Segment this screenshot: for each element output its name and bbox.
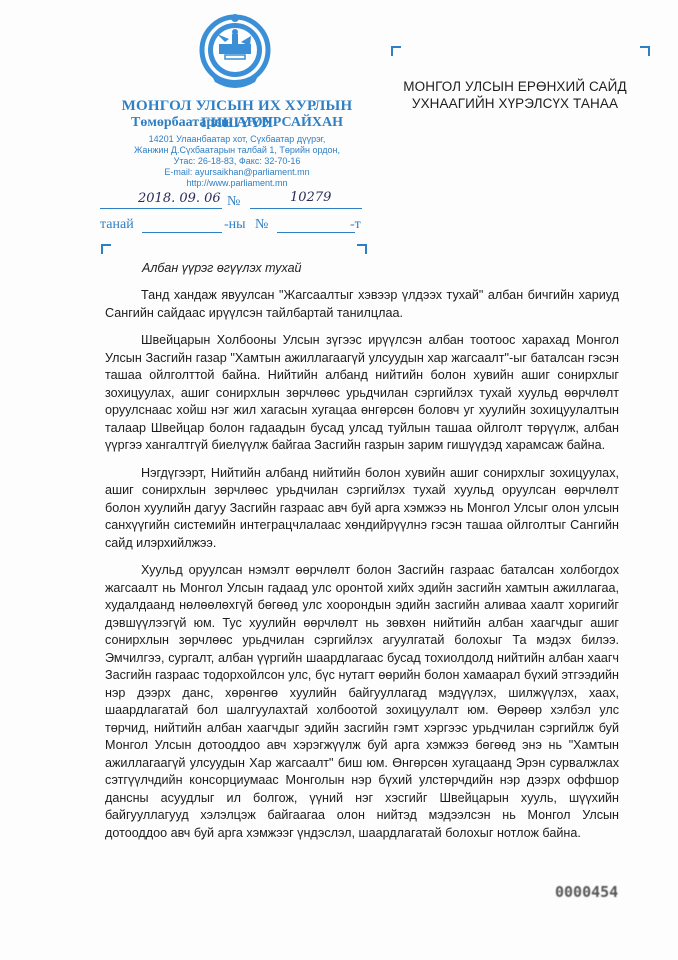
member-name: Төмөрбаатарын АЮУРСАЙХАН [92, 115, 382, 131]
reference-row: танай -ны № -т [100, 216, 362, 236]
contact-line-website[interactable]: http://www.parliament.mn [92, 178, 382, 189]
letter-page: МОНГОЛ УЛСЫН ИХ ХУРЛЫН ГИШҮҮН Төмөрбаата… [0, 0, 678, 960]
contact-line-street: Жанжин Д.Сүхбаатарын талбай 1, Төрийн ор… [92, 145, 382, 156]
body-paragraph: Швейцарын Холбооны Улсын зүгээс ирүүлсэн… [105, 332, 619, 455]
reference-date-line [142, 216, 222, 233]
addressee-corner-right [640, 46, 650, 56]
letter-body: Танд хандаж явуулсан "Жагсаалтыг хэвээр … [105, 287, 619, 852]
date-number-row: 2018. 09. 06 № 10279 [100, 192, 362, 212]
addressee-line-2: УХНААГИЙН ХҮРЭЛСҮХ ТАНАА [400, 95, 630, 112]
reference-number-line [277, 216, 355, 233]
subject-corner-right [357, 244, 367, 254]
serial-number-stamp: 0000454 [555, 883, 618, 901]
subject-corner-left [101, 244, 111, 254]
your-number-label: № [255, 217, 268, 233]
addressee: МОНГОЛ УЛСЫН ЕРӨНХИЙ САЙД УХНААГИЙН ХҮРЭ… [400, 78, 630, 112]
body-paragraph: Нэгдүгээрт, Нийтийн албанд нийтийн болон… [105, 465, 619, 553]
body-paragraph: Танд хандаж явуулсан "Жагсаалтыг хэвээр … [105, 287, 619, 322]
state-emblem-icon [195, 12, 275, 96]
addressee-corner-left [391, 46, 401, 56]
addressee-line-1: МОНГОЛ УЛСЫН ЕРӨНХИЙ САЙД [400, 78, 630, 95]
ny-label: -ны [224, 217, 246, 233]
contact-line-address: 14201 Улаанбаатар хот, Сүхбаатар дүүрэг, [92, 134, 382, 145]
your-label: танай [100, 217, 134, 233]
number-label: № [227, 194, 240, 210]
date-handwritten: 2018. 09. 06 [138, 191, 221, 206]
number-handwritten: 10279 [290, 190, 331, 205]
contact-line-email[interactable]: E-mail: ayursaikhan@parliament.mn [92, 167, 382, 178]
body-paragraph: Хуульд оруулсан нэмэлт өөрчлөлт болон За… [105, 562, 619, 842]
subject-line: Албан үүрэг өгүүлэх тухай [142, 261, 301, 275]
contact-line-phone: Утас: 26-18-83, Факс: 32-70-16 [92, 156, 382, 167]
contact-block: 14201 Улаанбаатар хот, Сүхбаатар дүүрэг,… [92, 134, 382, 189]
t-label: -т [350, 217, 361, 233]
